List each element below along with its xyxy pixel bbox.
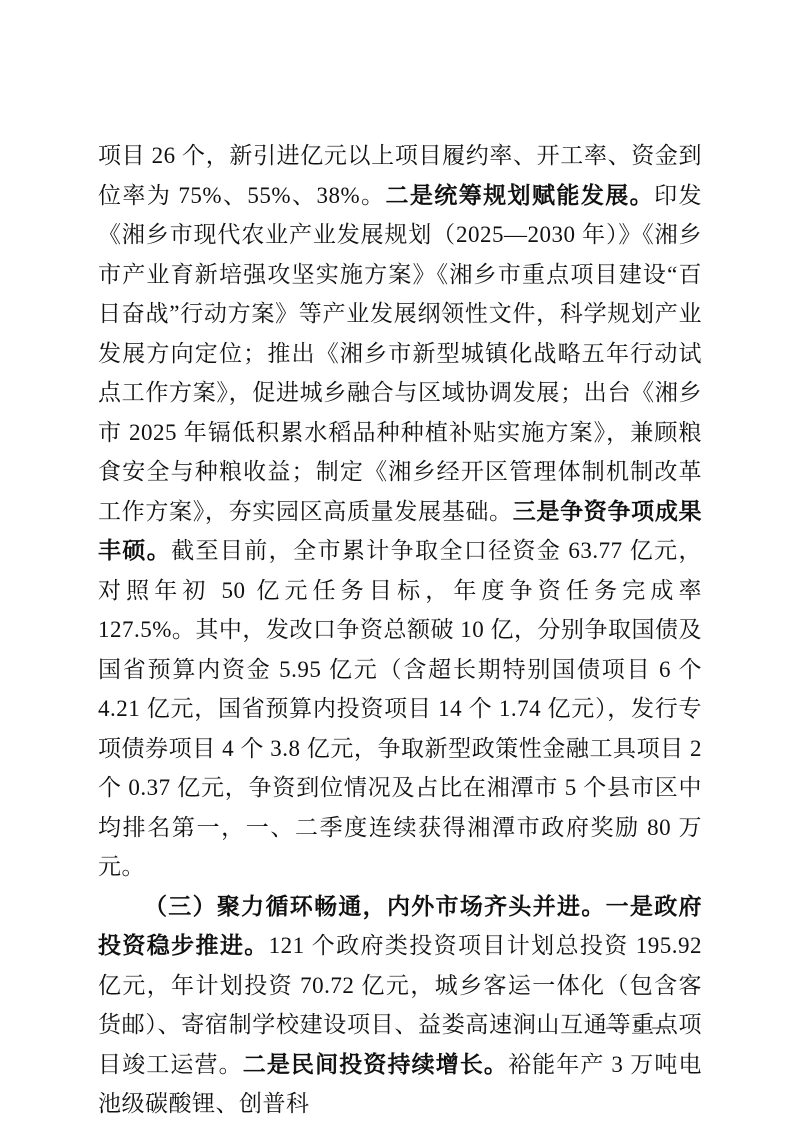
page-number: — 5 — bbox=[606, 1016, 672, 1038]
text-run: 印发《湘乡市现代农业产业发展规划（2025—2030 年）》《湘乡市产业育新培强… bbox=[98, 183, 702, 524]
paragraph-continued: 项目 26 个，新引进亿元以上项目履约率、开工率、资金到位率为 75%、55%、… bbox=[98, 136, 702, 887]
text-run: 截至目前，全市累计争取全口径资金 63.77 亿元，对照年初 50 亿元任务目标… bbox=[98, 538, 702, 879]
document-page: 项目 26 个，新引进亿元以上项目履约率、开工率、资金到位率为 75%、55%、… bbox=[0, 0, 794, 1122]
section-heading-run: 二是统筹规划赋能发展。 bbox=[385, 183, 654, 208]
paragraph-section-three: （三）聚力循环畅通，内外市场齐头并进。一是政府投资稳步推进。121 个政府类投资… bbox=[98, 887, 702, 1122]
document-text: 项目 26 个，新引进亿元以上项目履约率、开工率、资金到位率为 75%、55%、… bbox=[98, 136, 702, 1122]
section-heading-run: 二是民间投资持续增长。 bbox=[243, 1052, 508, 1077]
